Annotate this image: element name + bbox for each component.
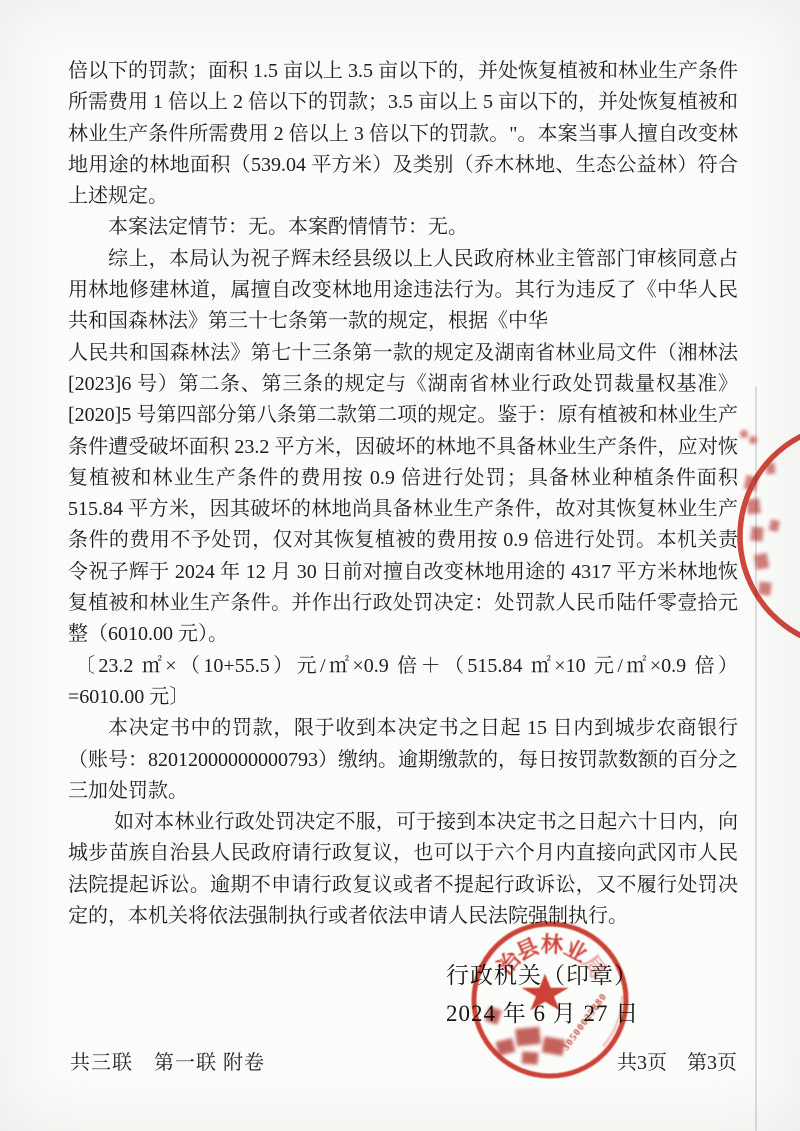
document-body: 倍以下的罚款；面积 1.5 亩以上 3.5 亩以下的，并处恢复植被和林业生产条件… [68,56,738,932]
body-paragraph: 倍以下的罚款；面积 1.5 亩以上 3.5 亩以下的，并处恢复植被和林业生产条件… [68,56,738,212]
body-paragraph: 本决定书中的罚款，限于收到本决定书之日起 15 日内到城步农商银行（账号：820… [68,713,738,807]
penalty-formula: 〔23.2 ㎡×（10+55.5）元/㎡×0.9 倍＋（515.84 ㎡×10 … [68,651,738,714]
partial-edge-seal [698,408,800,653]
scanned-document-page: 倍以下的罚款；面积 1.5 亩以上 3.5 亩以下的，并处恢复植被和林业生产条件… [0,0,800,1131]
body-paragraph: 人民共和国森林法》第七十三条第一款的规定及湖南省林业局文件（湘林法[2023]6… [68,338,738,651]
svg-text:林: 林 [540,932,564,958]
partial-seal-ring [740,424,800,648]
body-paragraph: 综上，本局认为祝子辉未经县级以上人民政府林业主管部门审核同意占用林地修建林道，属… [68,244,738,338]
copy-note: 共三联 第一联 附卷 [70,1046,265,1075]
red-star-icon [521,974,568,1011]
body-paragraph: 本案法定情节：无。本案酌情情节：无。 [68,212,738,243]
seal-code-digits: 30500025880 [561,991,610,1053]
official-seal: 治 县 林 业 局 30500025880 [420,898,690,1098]
